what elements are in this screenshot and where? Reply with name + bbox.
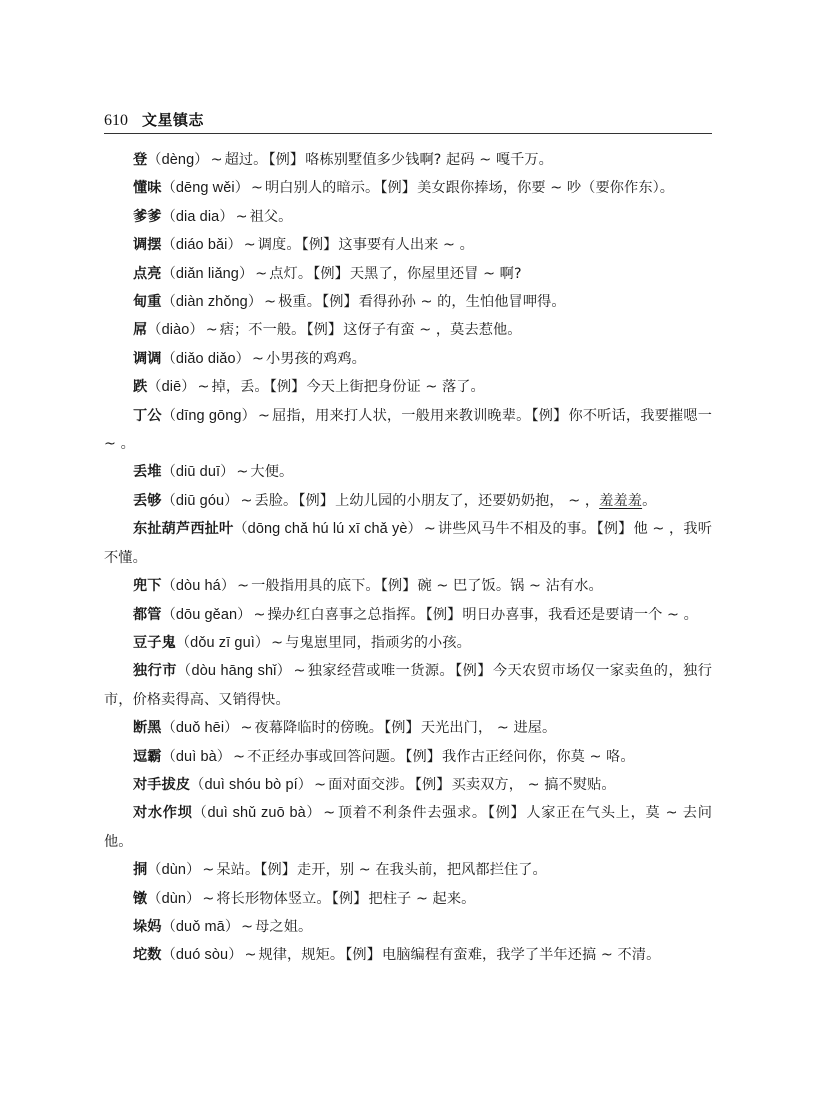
example-marker: 【例】: [381, 578, 417, 594]
dictionary-entry: 独行市（dòu hāng shǐ）~独家经营或唯一货源。【例】今天农贸市场仅一家…: [104, 657, 712, 714]
entry-headword: 逗霸: [133, 749, 162, 765]
entry-definition: 调度。: [258, 237, 301, 253]
entry-definition: 掉，丢。: [212, 379, 269, 395]
entry-headword: 爹爹: [133, 209, 162, 225]
tilde-symbol: ~: [251, 180, 263, 196]
open-paren: （: [162, 720, 176, 736]
tilde-symbol: ~: [211, 152, 223, 168]
entry-pinyin: diáo bǎi: [176, 237, 228, 253]
close-paren: ）: [220, 464, 234, 480]
close-paren: ）: [236, 351, 250, 367]
entry-pinyin: duì bà: [176, 749, 217, 765]
dictionary-entry: 丁公（dīng gōng）~屈指，用来打人状，一般用来教训晚辈。【例】你不听话，…: [104, 402, 712, 459]
close-paren: ）: [194, 152, 208, 168]
entry-example: 把柱子 ~ 起来。: [368, 891, 475, 907]
entry-example: 明日办喜事，我看还是要请一个 ~ 。: [462, 607, 698, 623]
open-paren: （: [233, 521, 247, 537]
close-paren: ）: [298, 777, 312, 793]
entry-definition: 点灯。: [269, 266, 312, 282]
entry-headword: 垛妈: [133, 919, 162, 935]
entry-definition: 规律，规矩。: [258, 947, 344, 963]
open-paren: （: [147, 891, 161, 907]
entry-definition: 操办红白喜事之总指挥。: [267, 607, 424, 623]
open-paren: （: [162, 464, 176, 480]
dictionary-entry: 豆子鬼（dǒu zī guì）~与鬼崽里同，指顽劣的小孩。: [104, 629, 712, 657]
open-paren: （: [177, 663, 192, 679]
tilde-symbol: ~: [240, 493, 252, 509]
entry-definition: 明白别人的暗示。: [265, 180, 379, 196]
dictionary-entry: 甸重（diàn zhǒng）~极重。【例】看得孙孙 ~ 的，生怕他冒呷得。: [104, 288, 712, 316]
entry-pinyin: dòu há: [176, 578, 221, 594]
dictionary-entry: 爹爹（dia dia）~祖父。: [104, 203, 712, 231]
dictionary-entry: 懂味（dēng wěi）~明白别人的暗示。【例】美女跟你捧场，你要 ~ 吵（要你…: [104, 174, 712, 202]
entry-headword: 豆子鬼: [133, 635, 176, 651]
example-end-punctuation: 。: [642, 493, 656, 509]
tilde-symbol: ~: [255, 266, 267, 282]
tilde-symbol: ~: [293, 663, 305, 679]
entry-pinyin: dǒu zī guì: [190, 635, 255, 651]
entry-pinyin: duì shóu bò pí: [204, 777, 297, 793]
entry-pinyin: diào: [162, 322, 190, 338]
entry-pinyin: dòu hāng shǐ: [192, 663, 277, 679]
open-paren: （: [162, 209, 176, 225]
dictionary-entry: 屌（diào）~痞；不一般。【例】这伢子有蛮 ~ ，莫去惹他。: [104, 316, 712, 344]
entry-example: 这伢子有蛮 ~ ，莫去惹他。: [343, 322, 521, 338]
entry-pinyin: diǎn liǎng: [176, 266, 239, 282]
example-marker: 【例】: [302, 237, 338, 253]
entry-definition: 一般指用具的底下。: [251, 578, 380, 594]
example-marker: 【例】: [298, 493, 334, 509]
close-paren: ）: [217, 749, 231, 765]
open-paren: （: [162, 294, 176, 310]
example-marker: 【例】: [260, 862, 296, 878]
dictionary-entry: 镦（dùn）~将长形物体竖立。【例】把柱子 ~ 起来。: [104, 885, 712, 913]
entry-pinyin: duó sòu: [176, 947, 228, 963]
dictionary-entry: 坨数（duó sòu）~规律，规矩。【例】电脑编程有蛮难，我学了半年还搞 ~ 不…: [104, 941, 712, 969]
dictionary-entry: 东扯葫芦西扯叶（dōng chǎ hú lú xī chǎ yè）~讲些风马牛不…: [104, 515, 712, 572]
close-paren: ）: [255, 635, 269, 651]
open-paren: （: [147, 379, 161, 395]
entry-headword: 丢堆: [133, 464, 162, 480]
book-title: 文星镇志: [142, 110, 204, 130]
entry-definition: 极重。: [278, 294, 321, 310]
entry-pinyin: dōng chǎ hú lú xī chǎ yè: [248, 521, 408, 537]
entry-definition: 讲些风马牛不相及的事。: [438, 521, 596, 537]
entry-pinyin: dēng wěi: [176, 180, 235, 196]
entry-headword: 挏: [133, 862, 147, 878]
entry-example: 碗 ~ 巴了饭。锅 ~ 沾有水。: [417, 578, 602, 594]
close-paren: ）: [408, 521, 422, 537]
entry-headword: 跌: [133, 379, 147, 395]
entry-pinyin: dùn: [162, 891, 187, 907]
entry-headword: 登: [133, 152, 147, 168]
dictionary-entry: 对手拔皮（duì shóu bò pí）~面对面交涉。【例】买卖双方， ~ 搞不…: [104, 771, 712, 799]
entry-definition: 将长形物体竖立。: [216, 891, 330, 907]
dictionary-entry: 丢堆（diū duī）~大便。: [104, 458, 712, 486]
entry-definition: 祖父。: [250, 209, 293, 225]
dictionary-entry: 点亮（diǎn liǎng）~点灯。【例】天黑了，你屋里还冒 ~ 啊?: [104, 260, 712, 288]
close-paren: ）: [186, 862, 200, 878]
entry-headword: 兜下: [133, 578, 162, 594]
entry-example: 上幼儿园的小朋友了，还要奶奶抱， ~ ，: [335, 493, 599, 509]
entry-pinyin: diū góu: [176, 493, 224, 509]
example-marker: 【例】: [345, 947, 381, 963]
entry-definition: 小男孩的鸡鸡。: [266, 351, 366, 367]
entry-pinyin: duǒ hēi: [176, 720, 224, 736]
open-paren: （: [162, 266, 176, 282]
open-paren: （: [162, 578, 176, 594]
entry-example: 今天上街把身份证 ~ 落了。: [306, 379, 484, 395]
entry-definition: 大便。: [250, 464, 293, 480]
entry-headword: 东扯葫芦西扯叶: [133, 521, 233, 537]
entry-definition: 超过。: [225, 152, 268, 168]
entry-definition: 独家经营或唯一货源。: [307, 663, 454, 679]
dictionary-entry: 丢够（diū góu）~丢脸。【例】上幼儿园的小朋友了，还要奶奶抱， ~ ，羞羞…: [104, 487, 712, 515]
tilde-symbol: ~: [244, 237, 256, 253]
page-number: 610: [104, 111, 142, 131]
open-paren: （: [147, 322, 161, 338]
dictionary-entry: 都管（dōu gěan）~操办红白喜事之总指挥。【例】明日办喜事，我看还是要请一…: [104, 601, 712, 629]
close-paren: ）: [221, 578, 235, 594]
open-paren: （: [162, 749, 176, 765]
entry-pinyin: diǎo diǎo: [176, 351, 236, 367]
entry-pinyin: dùn: [162, 862, 187, 878]
entry-example: 咯栋别墅值多少钱啊? 起码 ~ 嘎千万。: [305, 152, 553, 168]
close-paren: ）: [306, 805, 322, 821]
tilde-symbol: ~: [253, 607, 265, 623]
tilde-symbol: ~: [252, 351, 264, 367]
entry-example: 我作古正经问你，你莫 ~ 咯。: [442, 749, 635, 765]
entry-definition: 屈指，用来打人状，一般用来教训晚辈。: [272, 408, 531, 424]
close-paren: ）: [227, 237, 241, 253]
open-paren: （: [162, 408, 176, 424]
close-paren: ）: [189, 322, 203, 338]
entry-headword: 坨数: [133, 947, 162, 963]
dictionary-entry: 挏（dùn）~呆站。【例】走开，别 ~ 在我头前，把风都拦住了。: [104, 856, 712, 884]
example-marker: 【例】: [332, 891, 368, 907]
entry-list: 登（dèng）~超过。【例】咯栋别墅值多少钱啊? 起码 ~ 嘎千万。懂味（dēn…: [104, 146, 712, 970]
example-marker: 【例】: [380, 180, 416, 196]
entry-pinyin: duǒ mā: [176, 919, 225, 935]
entry-pinyin: dōu gěan: [176, 607, 237, 623]
tilde-symbol: ~: [236, 464, 248, 480]
close-paren: ）: [237, 607, 251, 623]
entry-pinyin: diū duī: [176, 464, 220, 480]
close-paren: ）: [242, 408, 256, 424]
entry-example: 天黑了，你屋里还冒 ~ 啊?: [350, 266, 522, 282]
entry-definition: 呆站。: [216, 862, 259, 878]
tilde-symbol: ~: [237, 578, 249, 594]
entry-headword: 丢够: [133, 493, 162, 509]
close-paren: ）: [239, 266, 253, 282]
tilde-symbol: ~: [323, 805, 335, 821]
example-marker: 【例】: [384, 720, 420, 736]
open-paren: （: [162, 493, 176, 509]
entry-headword: 丁公: [133, 408, 162, 424]
tilde-symbol: ~: [202, 862, 214, 878]
entry-definition: 与鬼崽里同，指顽劣的小孩。: [285, 635, 471, 651]
entry-headword: 点亮: [133, 266, 162, 282]
entry-headword: 镦: [133, 891, 147, 907]
open-paren: （: [162, 919, 176, 935]
close-paren: ）: [225, 919, 239, 935]
tilde-symbol: ~: [198, 379, 210, 395]
tilde-symbol: ~: [258, 408, 270, 424]
close-paren: ）: [248, 294, 262, 310]
dictionary-entry: 逗霸（duì bà）~不正经办事或回答问题。【例】我作古正经问你，你莫 ~ 咯。: [104, 743, 712, 771]
entry-definition: 母之姐。: [255, 919, 312, 935]
entry-headword: 屌: [133, 322, 147, 338]
dictionary-entry: 垛妈（duǒ mā）~母之姐。: [104, 913, 712, 941]
open-paren: （: [162, 607, 176, 623]
tilde-symbol: ~: [424, 521, 436, 537]
tilde-symbol: ~: [241, 919, 253, 935]
entry-example: 买卖双方， ~ 搞不熨贴。: [452, 777, 616, 793]
entry-headword: 调调: [133, 351, 162, 367]
open-paren: （: [147, 862, 161, 878]
example-marker: 【例】: [322, 294, 358, 310]
tilde-symbol: ~: [264, 294, 276, 310]
open-paren: （: [190, 777, 204, 793]
entry-definition: 顶着不利条件去强求。: [337, 805, 487, 821]
entry-definition: 不正经办事或回答问题。: [247, 749, 404, 765]
example-marker: 【例】: [268, 152, 304, 168]
entry-pinyin: diàn zhǒng: [176, 294, 248, 310]
entry-example: 天光出门， ~ 进屋。: [421, 720, 557, 736]
tilde-symbol: ~: [236, 209, 248, 225]
close-paren: ）: [228, 947, 242, 963]
open-paren: （: [162, 180, 176, 196]
tilde-symbol: ~: [271, 635, 283, 651]
example-marker: 【例】: [532, 408, 568, 424]
entry-definition: 面对面交涉。: [328, 777, 414, 793]
example-marker: 【例】: [306, 322, 342, 338]
tilde-symbol: ~: [240, 720, 252, 736]
tilde-symbol: ~: [314, 777, 326, 793]
tilde-symbol: ~: [206, 322, 218, 338]
close-paren: ）: [235, 180, 249, 196]
close-paren: ）: [186, 891, 200, 907]
entry-example: 走开，别 ~ 在我头前，把风都拦住了。: [297, 862, 547, 878]
example-marker: 【例】: [488, 805, 526, 821]
open-paren: （: [193, 805, 208, 821]
entry-headword: 调摆: [133, 237, 162, 253]
entry-headword: 对水作坝: [133, 805, 193, 821]
entry-headword: 都管: [133, 607, 162, 623]
entry-headword: 断黑: [133, 720, 162, 736]
entry-headword: 懂味: [133, 180, 162, 196]
open-paren: （: [147, 152, 161, 168]
dictionary-entry: 登（dèng）~超过。【例】咯栋别墅值多少钱啊? 起码 ~ 嘎千万。: [104, 146, 712, 174]
entry-definition: 夜幕降临时的傍晚。: [254, 720, 383, 736]
entry-pinyin: diē: [162, 379, 182, 395]
entry-example: 美女跟你捧场，你要 ~ 吵（要你作东）。: [417, 180, 674, 196]
entry-headword: 对手拔皮: [133, 777, 190, 793]
entry-headword: 甸重: [133, 294, 162, 310]
entry-example: 电脑编程有蛮难，我学了半年还搞 ~ 不清。: [382, 947, 660, 963]
close-paren: ）: [276, 663, 291, 679]
close-paren: ）: [224, 720, 238, 736]
dictionary-entry: 调摆（diáo bǎi）~调度。【例】这事要有人出来 ~ 。: [104, 231, 712, 259]
open-paren: （: [162, 237, 176, 253]
open-paren: （: [162, 947, 176, 963]
dictionary-entry: 跌（diē）~掉，丢。【例】今天上街把身份证 ~ 落了。: [104, 373, 712, 401]
example-marker: 【例】: [313, 266, 349, 282]
entry-definition: 丢脸。: [254, 493, 297, 509]
dictionary-entry: 对水作坝（duì shǔ zuō bà）~顶着不利条件去强求。【例】人家正在气头…: [104, 799, 712, 856]
entry-pinyin: dīng gōng: [176, 408, 241, 424]
example-marker: 【例】: [597, 521, 633, 537]
underlined-text: 羞羞羞: [599, 493, 642, 509]
tilde-symbol: ~: [202, 891, 214, 907]
entry-pinyin: duì shǔ zuō bà: [207, 805, 305, 821]
entry-example: 这事要有人出来 ~ 。: [338, 237, 474, 253]
entry-pinyin: dia dia: [176, 209, 219, 225]
dictionary-entry: 断黑（duǒ hēi）~夜幕降临时的傍晚。【例】天光出门， ~ 进屋。: [104, 714, 712, 742]
entry-headword: 独行市: [133, 663, 177, 679]
entry-example: 看得孙孙 ~ 的，生怕他冒呷得。: [359, 294, 566, 310]
dictionary-entry: 调调（diǎo diǎo）~小男孩的鸡鸡。: [104, 345, 712, 373]
close-paren: ）: [219, 209, 233, 225]
open-paren: （: [176, 635, 190, 651]
dictionary-page: 610 文星镇志 登（dèng）~超过。【例】咯栋别墅值多少钱啊? 起码 ~ 嘎…: [104, 110, 712, 970]
example-marker: 【例】: [455, 663, 492, 679]
tilde-symbol: ~: [244, 947, 256, 963]
running-head: 610 文星镇志: [104, 110, 712, 134]
example-marker: 【例】: [405, 749, 441, 765]
dictionary-entry: 兜下（dòu há）~一般指用具的底下。【例】碗 ~ 巴了饭。锅 ~ 沾有水。: [104, 572, 712, 600]
entry-definition: 痞；不一般。: [220, 322, 306, 338]
entry-pinyin: dèng: [162, 152, 195, 168]
tilde-symbol: ~: [233, 749, 245, 765]
close-paren: ）: [181, 379, 195, 395]
example-marker: 【例】: [415, 777, 451, 793]
example-marker: 【例】: [270, 379, 306, 395]
close-paren: ）: [224, 493, 238, 509]
open-paren: （: [162, 351, 176, 367]
example-marker: 【例】: [426, 607, 462, 623]
